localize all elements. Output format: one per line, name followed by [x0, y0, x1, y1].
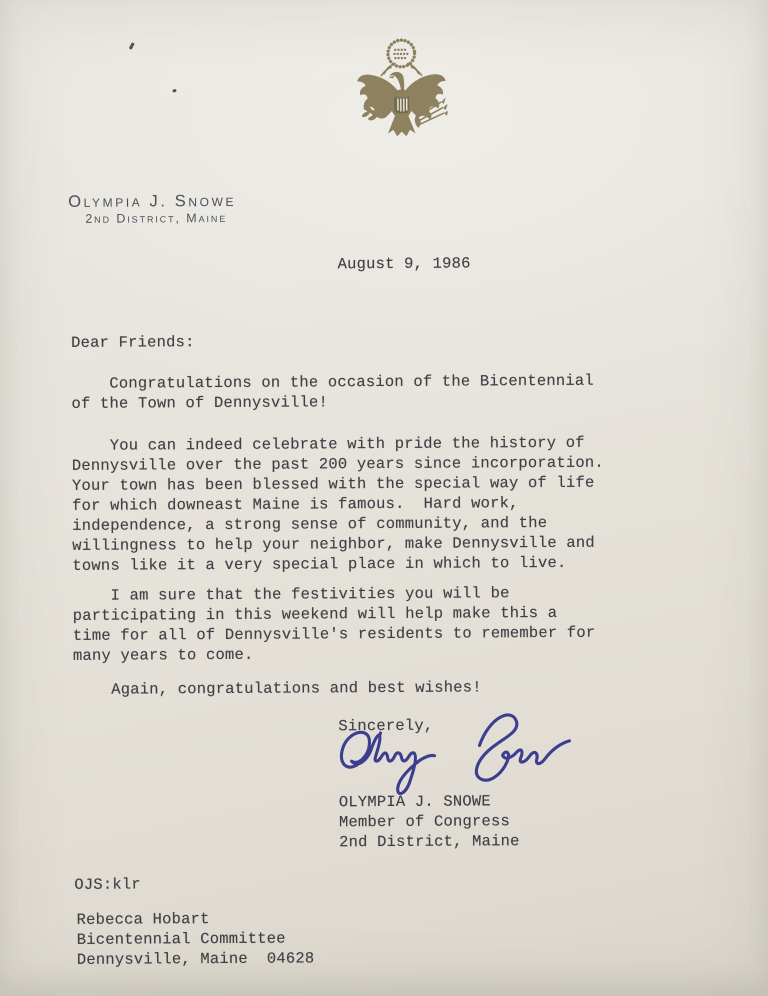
handwritten-signature [331, 699, 577, 812]
paper-speck [129, 42, 135, 50]
body-paragraph-4: Again, congratulations and best wishes! [73, 677, 482, 699]
letter-page: Olympia J. Snowe 2nd District, Maine Aug… [0, 0, 768, 996]
paper-speck [172, 89, 177, 93]
letterhead-district: 2nd District, Maine [85, 211, 227, 226]
body-paragraph-3: I am sure that the festivities you will … [73, 583, 596, 666]
body-paragraph-2: You can indeed celebrate with pride the … [72, 433, 605, 576]
letter-photo: Olympia J. Snowe 2nd District, Maine Aug… [0, 0, 768, 996]
date-line: August 9, 1986 [338, 253, 471, 274]
recipient-block: Rebecca Hobart Bicentennial Committee De… [77, 908, 315, 969]
reference-initials: OJS:klr [74, 874, 141, 894]
salutation: Dear Friends: [71, 332, 195, 353]
body-paragraph-1: Congratulations on the occasion of the B… [71, 371, 594, 414]
signer-title: Member of Congress [339, 811, 510, 832]
us-eagle-crest-icon [355, 32, 448, 159]
letterhead-name: Olympia J. Snowe [68, 192, 236, 212]
signer-district: 2nd District, Maine [339, 831, 520, 852]
